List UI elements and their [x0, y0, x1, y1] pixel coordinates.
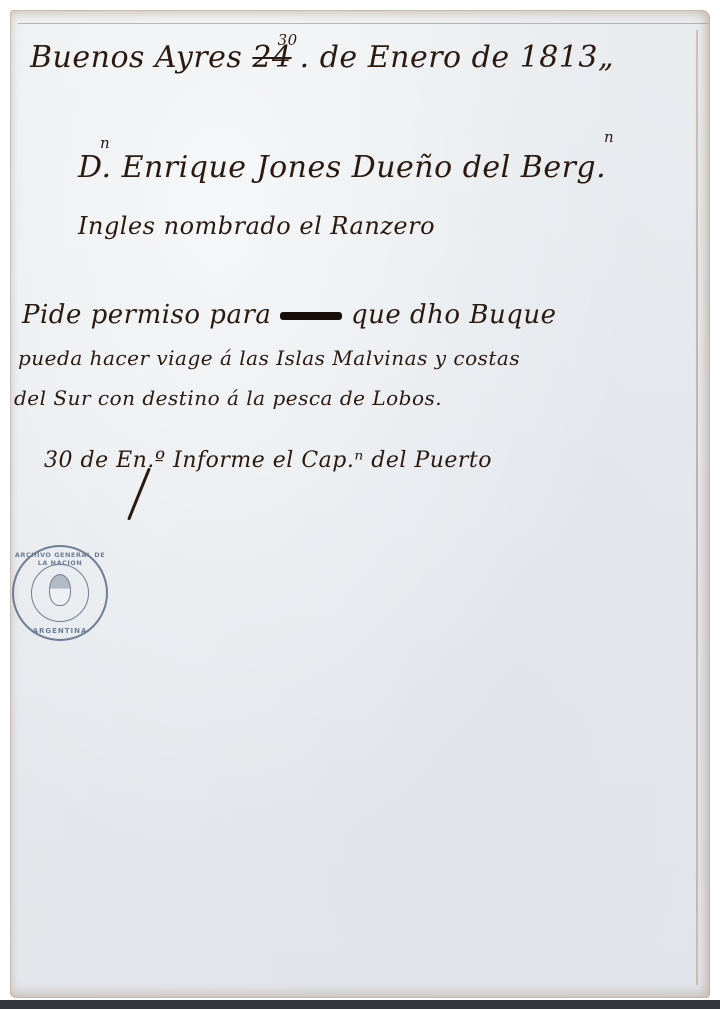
petition-line-3: del Sur con destino á la pesca de Lobos. — [14, 386, 442, 410]
stamp-inner-ring — [31, 564, 89, 622]
date-place: Buenos Ayres — [30, 40, 242, 75]
name-suffix-superscript: n — [604, 128, 614, 146]
paper-right-fold — [696, 30, 698, 985]
petition-before: Pide permiso para — [22, 300, 271, 330]
scratched-out-word: para — [280, 312, 342, 320]
petition-after: que dho Buque — [351, 300, 556, 330]
coat-of-arms-icon — [49, 574, 71, 606]
name-text: Enrique Jones Dueño del Berg. — [122, 150, 607, 185]
decree-line: 30 de En.º Informe el Cap.ⁿ del Puerto — [44, 448, 492, 473]
addressee-line: D. n Enrique Jones Dueño del Berg. n — [78, 150, 606, 185]
date-corrected-day: 30 — [278, 31, 298, 49]
paper-top-edge — [18, 23, 708, 28]
petition-line-2: pueda hacer viage á las Islas Malvinas y… — [18, 346, 520, 370]
date-rest: . de Enero de 1813 — [300, 40, 598, 75]
petition-line-1: Pide permiso para para que dho Buque — [22, 300, 556, 330]
viewer-bottom-bar — [0, 1000, 720, 1009]
name-prefix-superscript: n — [100, 134, 110, 152]
date-line: Buenos Ayres 2430. de Enero de 1813„ — [30, 40, 614, 75]
date-suffix: „ — [598, 40, 614, 75]
archive-stamp: ARCHIVO GENERAL DE LA NACION ARGENTINA — [12, 545, 108, 641]
vessel-line: Ingles nombrado el Ranzero — [78, 212, 435, 240]
stamp-bottom-text: ARGENTINA — [14, 627, 106, 635]
name-prefix: D. — [78, 150, 112, 185]
